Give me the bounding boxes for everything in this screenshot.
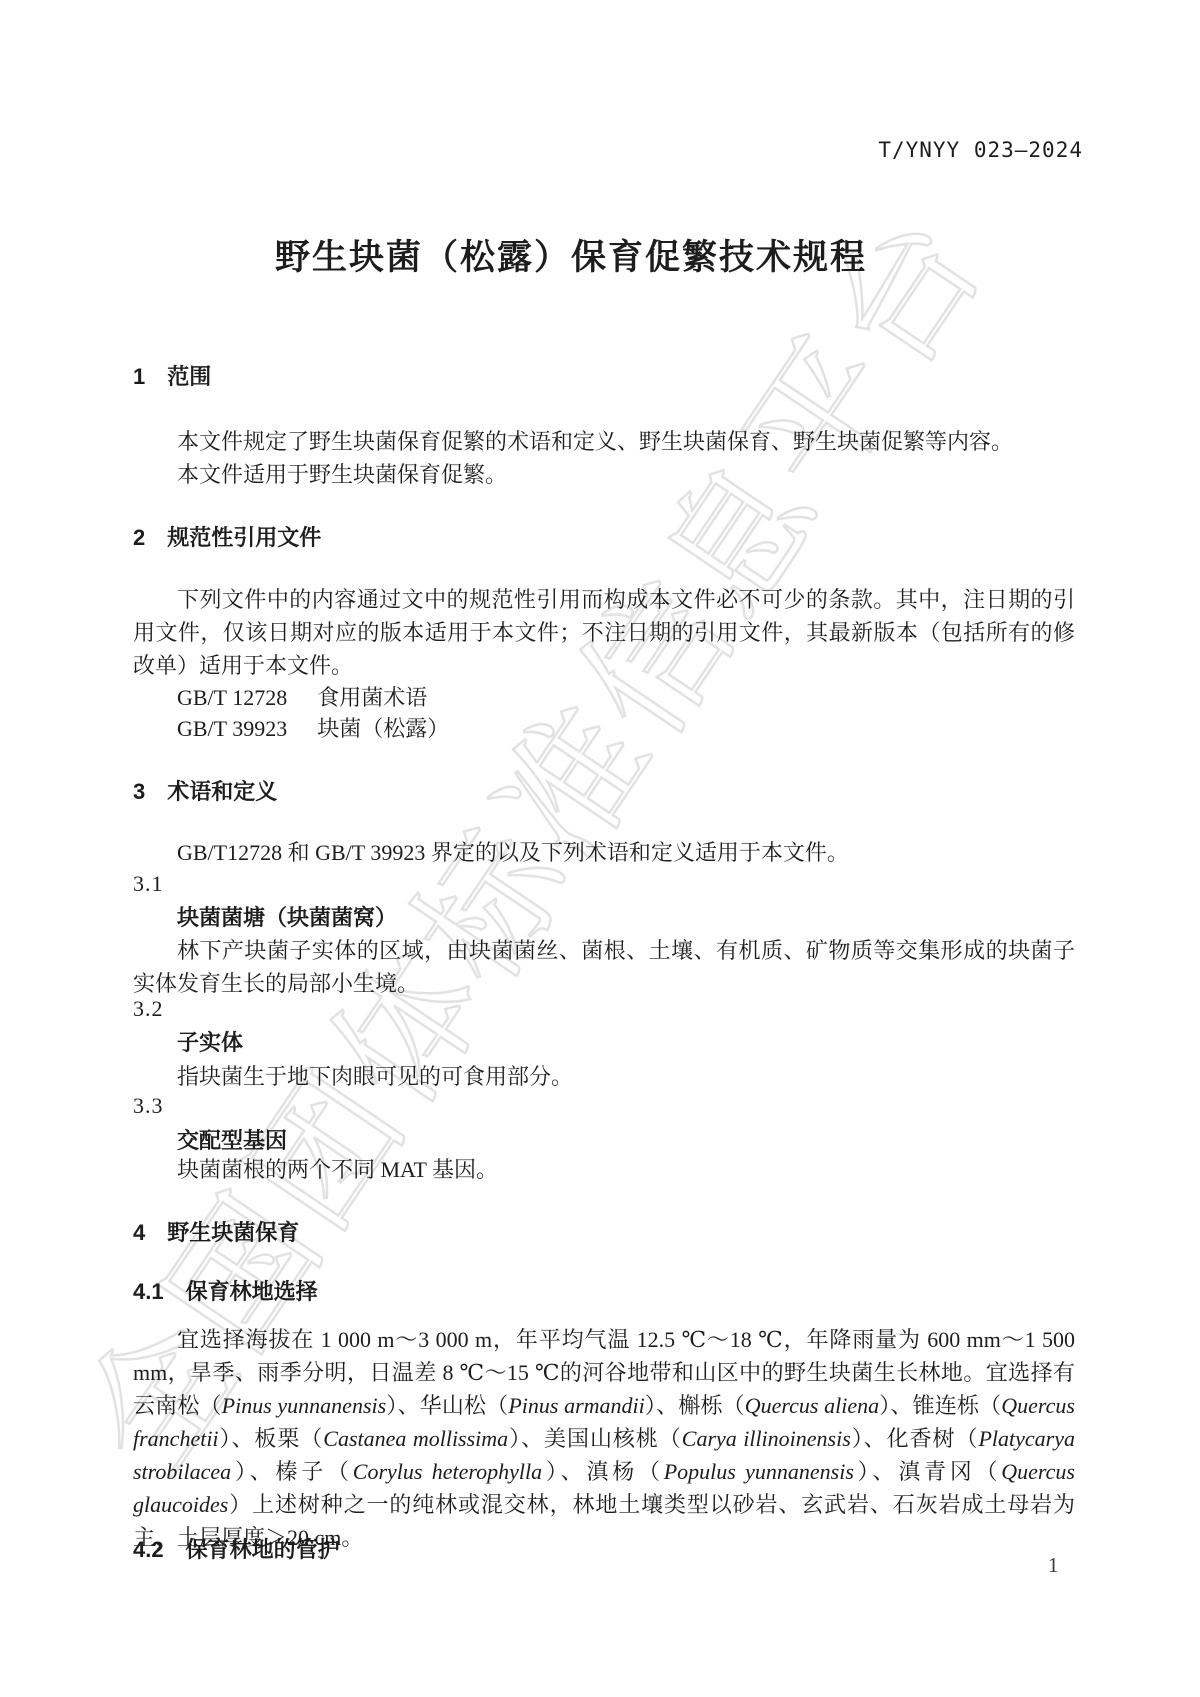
clause-title: 保育林地的管护 (186, 1537, 340, 1562)
clause-number: 4 (133, 1220, 145, 1246)
term-number: 3.2 (133, 996, 164, 1022)
subsection-4-1-heading: 4.1保育林地选择 (133, 1275, 1075, 1306)
subsection-4-2-heading: 4.2保育林地的管护 (133, 1533, 1075, 1564)
term-definition: 林下产块菌子实体的区域，由块菌菌丝、菌根、土壤、有机质、矿物质等交集形成的块菌子… (133, 934, 1075, 1000)
term-number: 3.3 (133, 1093, 164, 1119)
term-number: 3.1 (133, 871, 164, 897)
reference-code: GB/T 39923 (177, 716, 287, 741)
subsection-4-1-paragraph: 宜选择海拔在 1 000 m～3 000 m，年平均气温 12.5 ℃～18 ℃… (133, 1323, 1075, 1554)
clause-title: 规范性引用文件 (167, 525, 321, 550)
clause-title: 保育林地选择 (186, 1279, 318, 1304)
term-definition: 指块菌生于地下肉眼可见的可食用部分。 (133, 1060, 1075, 1093)
reference-name: 食用菌术语 (317, 685, 427, 710)
clause-number: 2 (133, 525, 145, 551)
term-name: 交配型基因 (177, 1124, 287, 1155)
document-page: 全国团体标准信息平台 T/YNYY 023—2024 野生块菌（松露）保育促繁技… (0, 0, 1200, 1697)
clause-number: 3 (133, 779, 145, 805)
term-name: 块菌菌塘（块菌菌窝） (177, 901, 397, 932)
normative-reference: GB/T 39923块菌（松露） (177, 712, 449, 743)
term-name: 子实体 (177, 1026, 243, 1057)
page-number: 1 (1048, 1553, 1059, 1578)
clause-title: 范围 (167, 364, 211, 389)
section-3-intro: GB/T12728 和 GB/T 39923 界定的以及下列术语和定义适用于本文… (133, 836, 1075, 869)
section-2-heading: 2规范性引用文件 (133, 521, 1075, 552)
doc-number: T/YNYY 023—2024 (878, 138, 1083, 162)
section-1-heading: 1范围 (133, 360, 1075, 391)
normative-reference: GB/T 12728食用菌术语 (177, 681, 427, 712)
reference-code: GB/T 12728 (177, 685, 287, 710)
section-1-paragraph: 本文件适用于野生块菌保育促繁。 (133, 458, 1075, 491)
section-3-heading: 3术语和定义 (133, 775, 1075, 806)
clause-number: 1 (133, 364, 145, 390)
document-title: 野生块菌（松露）保育促繁技术规程 (100, 230, 1042, 280)
section-1-paragraph: 本文件规定了野生块菌保育促繁的术语和定义、野生块菌保育、野生块菌促繁等内容。 (133, 425, 1075, 458)
section-4-heading: 4野生块菌保育 (133, 1216, 1075, 1247)
clause-title: 术语和定义 (167, 779, 277, 804)
reference-name: 块菌（松露） (317, 716, 449, 741)
clause-number: 4.1 (133, 1279, 164, 1305)
term-definition: 块菌菌根的两个不同 MAT 基因。 (133, 1153, 1075, 1186)
clause-title: 野生块菌保育 (167, 1220, 299, 1245)
clause-number: 4.2 (133, 1537, 164, 1563)
section-2-paragraph: 下列文件中的内容通过文中的规范性引用而构成本文件必不可少的条款。其中，注日期的引… (133, 583, 1075, 682)
